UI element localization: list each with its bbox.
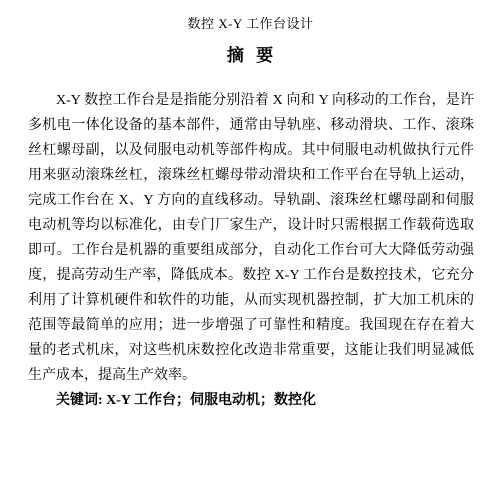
document-page: 数控 X-Y 工作台设计 摘 要 X-Y 数控工作台是是指能分别沿着 X 向和 … xyxy=(0,0,501,478)
abstract-body: X-Y 数控工作台是是指能分别沿着 X 向和 Y 向移动的工作台，是许多机电一体… xyxy=(28,88,474,413)
keywords-line: 关键词: X-Y 工作台；伺服电动机；数控化 xyxy=(28,388,474,413)
abstract-paragraph: X-Y 数控工作台是是指能分别沿着 X 向和 Y 向移动的工作台，是许多机电一体… xyxy=(28,88,474,388)
document-title: 数控 X-Y 工作台设计 xyxy=(0,0,501,34)
abstract-heading: 摘 要 xyxy=(0,44,501,68)
